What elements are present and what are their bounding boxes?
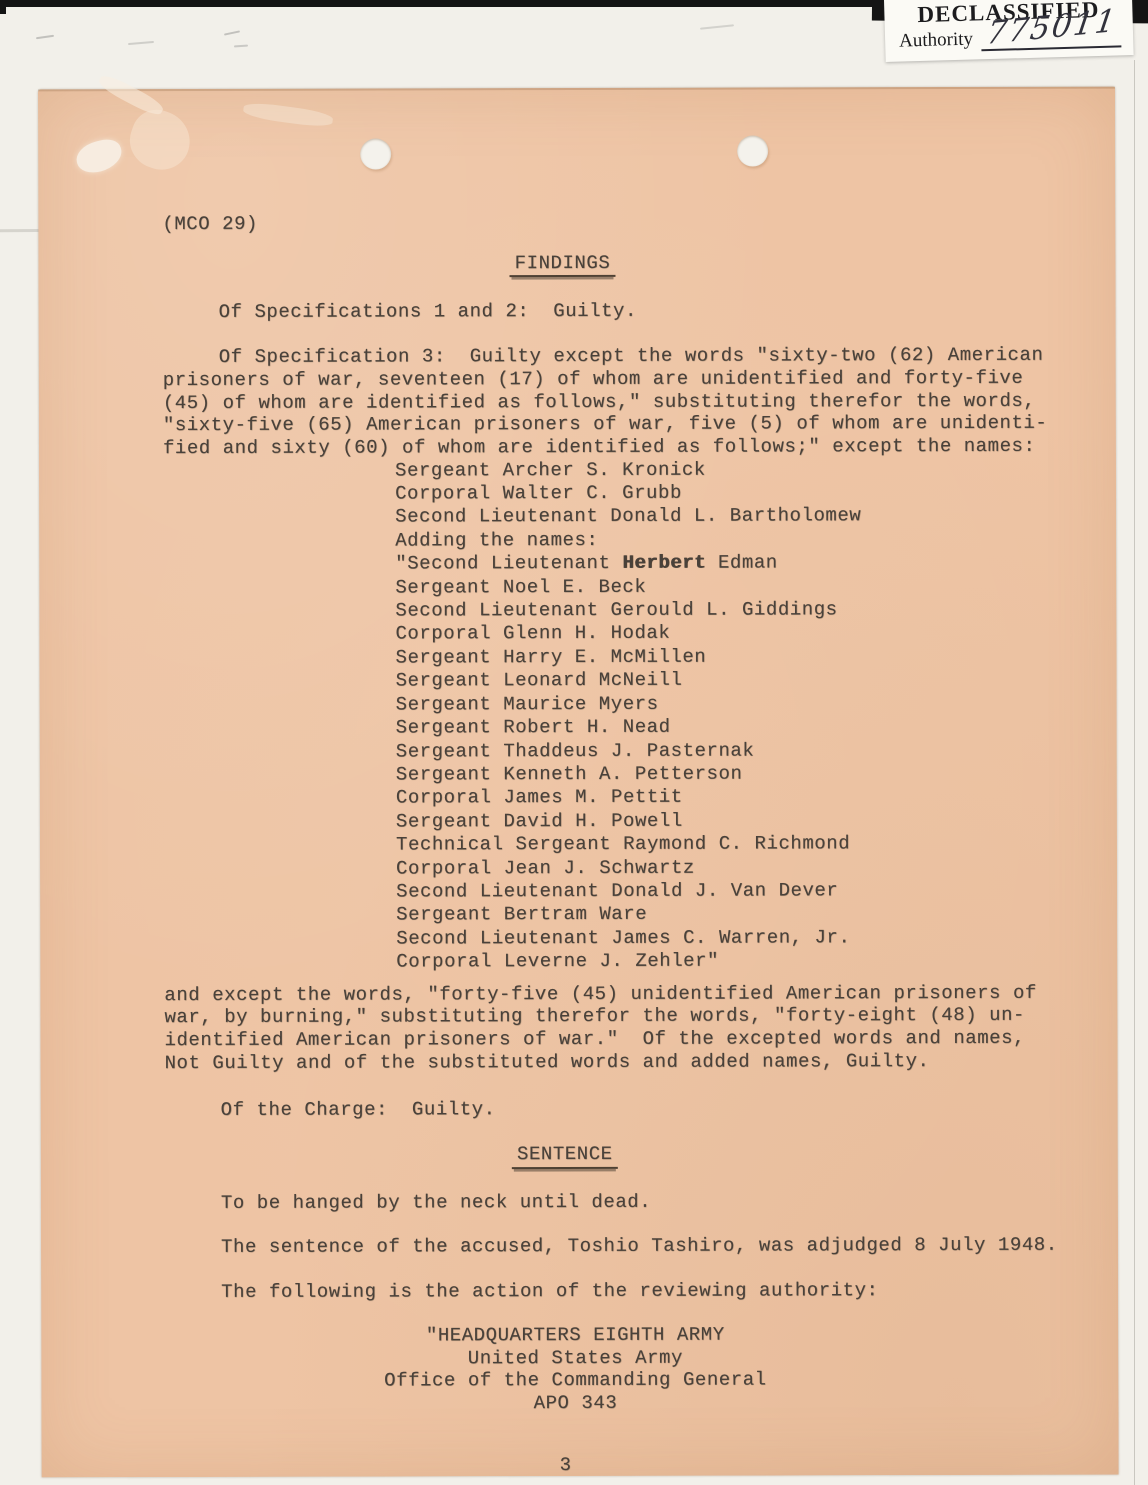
page-number: 3 (166, 1453, 966, 1478)
paragraph-line: fied and sixty (60) of whom are identifi… (163, 435, 1009, 460)
name-line: Sergeant Thaddeus J. Pasternak (396, 738, 1010, 763)
declassified-stamp: DECLASSIFIED Authority 775011 (884, 0, 1134, 62)
name-line: Adding the names: (395, 528, 1009, 553)
sentence-line-2: The sentence of the accused, Toshio Tash… (165, 1234, 1011, 1259)
name-line: Corporal Glenn H. Hodak (395, 621, 1009, 646)
name-line: Technical Sergeant Raymond C. Richmond (396, 832, 1010, 857)
name-line: Second Lieutenant Gerould L. Giddings (395, 598, 1009, 623)
name-line: Sergeant Archer S. Kronick (395, 457, 1009, 482)
paper-tear (242, 101, 333, 129)
address-line: United States Army (165, 1346, 985, 1371)
sentence-heading: SENTENCE (165, 1142, 965, 1170)
paragraph-line: "sixty-five (65) American prisoners of w… (163, 412, 1009, 437)
paragraph-line: Not Guilty and of the substituted words … (165, 1050, 1011, 1075)
findings-spec12: Of Specifications 1 and 2: Guilty. (163, 299, 1009, 324)
paper-top-crease (38, 87, 1115, 92)
stamp-authority-label: Authority (899, 29, 973, 53)
name-line: Second Lieutenant Donald J. Van Dever (396, 879, 1010, 904)
scanner-edge-left (0, 0, 6, 14)
name-line: Corporal Jean J. Schwartz (396, 855, 1010, 880)
name-line: Corporal James M. Pettit (396, 785, 1010, 810)
pencil-mark (128, 41, 154, 45)
paragraph-line: war, by burning," substituting therefor … (164, 1004, 1010, 1029)
punch-hole-right (737, 135, 768, 166)
name-line: Sergeant Kenneth A. Petterson (396, 762, 1010, 787)
reviewing-authority-block: "HEADQUARTERS EIGHTH ARMYUnited States A… (165, 1323, 985, 1416)
sentence-line-1: To be hanged by the neck until dead. (165, 1190, 1011, 1215)
pencil-mark (36, 35, 54, 39)
address-line: "HEADQUARTERS EIGHTH ARMY (165, 1323, 985, 1348)
paragraph-line: and except the words, "forty-five (45) u… (164, 981, 1010, 1006)
name-line: Sergeant Noel E. Beck (395, 575, 1009, 600)
name-line: Corporal Walter C. Grubb (395, 481, 1009, 506)
paper-tear (73, 136, 125, 177)
address-line: Office of the Commanding General (165, 1368, 985, 1393)
pencil-mark (224, 30, 240, 35)
document-page: (MCO 29) FINDINGS Of Specifications 1 an… (38, 87, 1119, 1478)
name-line: "Second Lieutenant Herbert Edman (395, 551, 1009, 576)
paragraph-line: prisoners of war, seventeen (17) of whom… (163, 367, 1009, 392)
typed-text: (MCO 29) FINDINGS Of Specifications 1 an… (162, 211, 1011, 1478)
address-line: APO 343 (165, 1391, 985, 1416)
name-line: Second Lieutenant Donald L. Bartholomew (395, 504, 1009, 529)
doc-ref: (MCO 29) (162, 211, 1008, 236)
name-line: Sergeant Harry E. McMillen (395, 645, 1009, 670)
findings-charge: Of the Charge: Guilty. (165, 1097, 1011, 1122)
findings-closing-paragraph: and except the words, "forty-five (45) u… (164, 981, 1010, 1074)
punch-hole-left (360, 138, 391, 169)
backing-sheet-edge (1134, 60, 1135, 1485)
pencil-mark (234, 45, 248, 48)
scanned-document-screenshot: { "stamp": { "title": "DECLASSIFIED", "a… (0, 0, 1148, 1485)
name-line: Sergeant David H. Powell (396, 809, 1010, 834)
name-line: Second Lieutenant James C. Warren, Jr. (396, 926, 1010, 951)
sentence-line-3: The following is the action of the revie… (165, 1279, 1011, 1304)
name-line: Sergeant Bertram Ware (396, 902, 1010, 927)
pencil-mark (700, 24, 734, 30)
findings-spec3-paragraph: Of Specification 3: Guilty except the wo… (163, 344, 1009, 460)
name-line: Sergeant Robert H. Nead (396, 715, 1010, 740)
paragraph-line: identified American prisoners of war." O… (164, 1027, 1010, 1052)
paper-tear (122, 103, 198, 178)
paragraph-line: (45) of whom are identified as follows,"… (163, 389, 1009, 414)
name-line: Sergeant Leonard McNeill (396, 668, 1010, 693)
paragraph-line: Of Specification 3: Guilty except the wo… (163, 344, 1009, 369)
findings-heading: FINDINGS (162, 251, 962, 279)
name-line: Corporal Leverne J. Zehler" (396, 949, 1010, 974)
name-line: Sergeant Maurice Myers (396, 692, 1010, 717)
findings-names-list: Sergeant Archer S. KronickCorporal Walte… (395, 457, 1010, 974)
